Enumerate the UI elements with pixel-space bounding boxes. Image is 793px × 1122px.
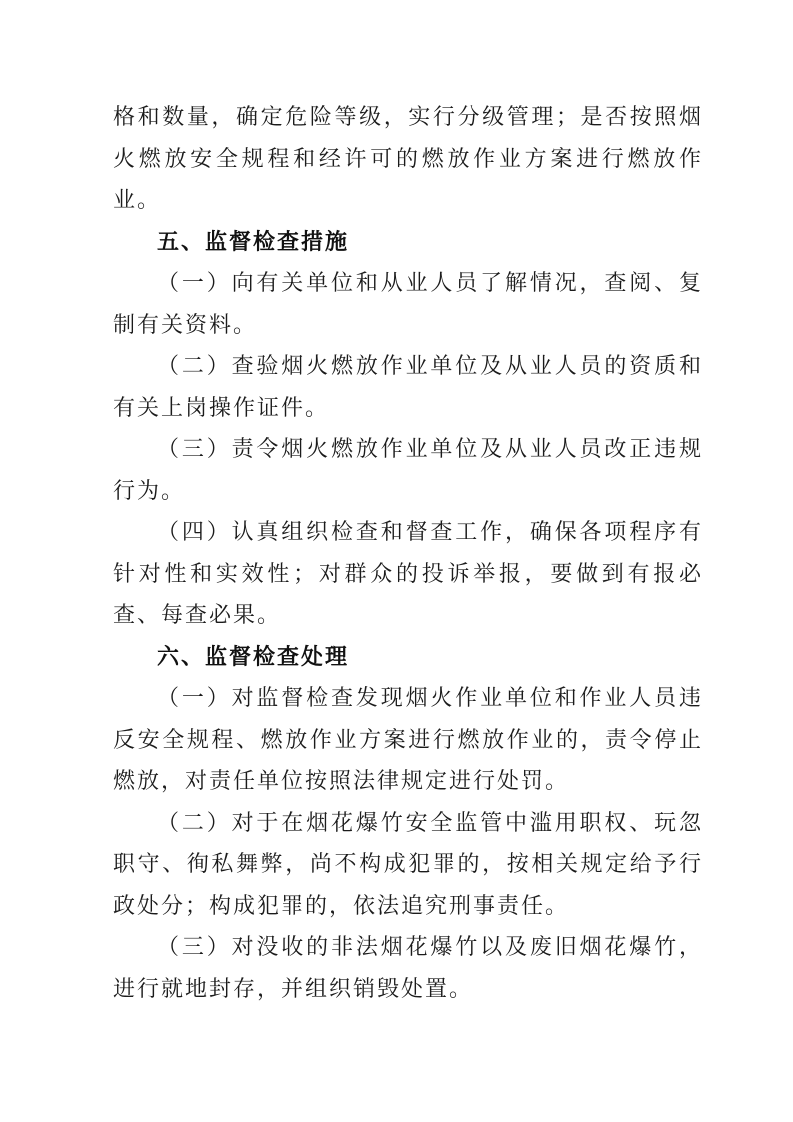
paragraph-continuation: 格和数量，确定危险等级，实行分级管理；是否按照烟火燃放安全规程和经许可的燃放作业… [113, 96, 703, 221]
paragraph: （二）对于在烟花爆竹安全监管中滥用职权、玩忽职守、徇私舞弊，尚不构成犯罪的，按相… [113, 802, 703, 927]
document-page: 格和数量，确定危险等级，实行分级管理；是否按照烟火燃放安全规程和经许可的燃放作业… [0, 0, 793, 1122]
paragraph: （三）对没收的非法烟花爆竹以及废旧烟花爆竹，进行就地封存，并组织销毁处置。 [113, 926, 703, 1009]
section-heading: 五、监督检查措施 [113, 221, 703, 263]
paragraph: （四）认真组织检查和督查工作，确保各项程序有针对性和实效性；对群众的投诉举报，要… [113, 511, 703, 636]
paragraph: （三）责令烟火燃放作业单位及从业人员改正违规行为。 [113, 428, 703, 511]
section-heading: 六、监督检查处理 [113, 636, 703, 678]
paragraph: （一）对监督检查发现烟火作业单位和作业人员违反安全规程、燃放作业方案进行燃放作业… [113, 677, 703, 802]
paragraph: （一）向有关单位和从业人员了解情况，查阅、复制有关资料。 [113, 262, 703, 345]
document-body: 格和数量，确定危险等级，实行分级管理；是否按照烟火燃放安全规程和经许可的燃放作业… [113, 96, 703, 1009]
paragraph: （二）查验烟火燃放作业单位及从业人员的资质和有关上岗操作证件。 [113, 345, 703, 428]
